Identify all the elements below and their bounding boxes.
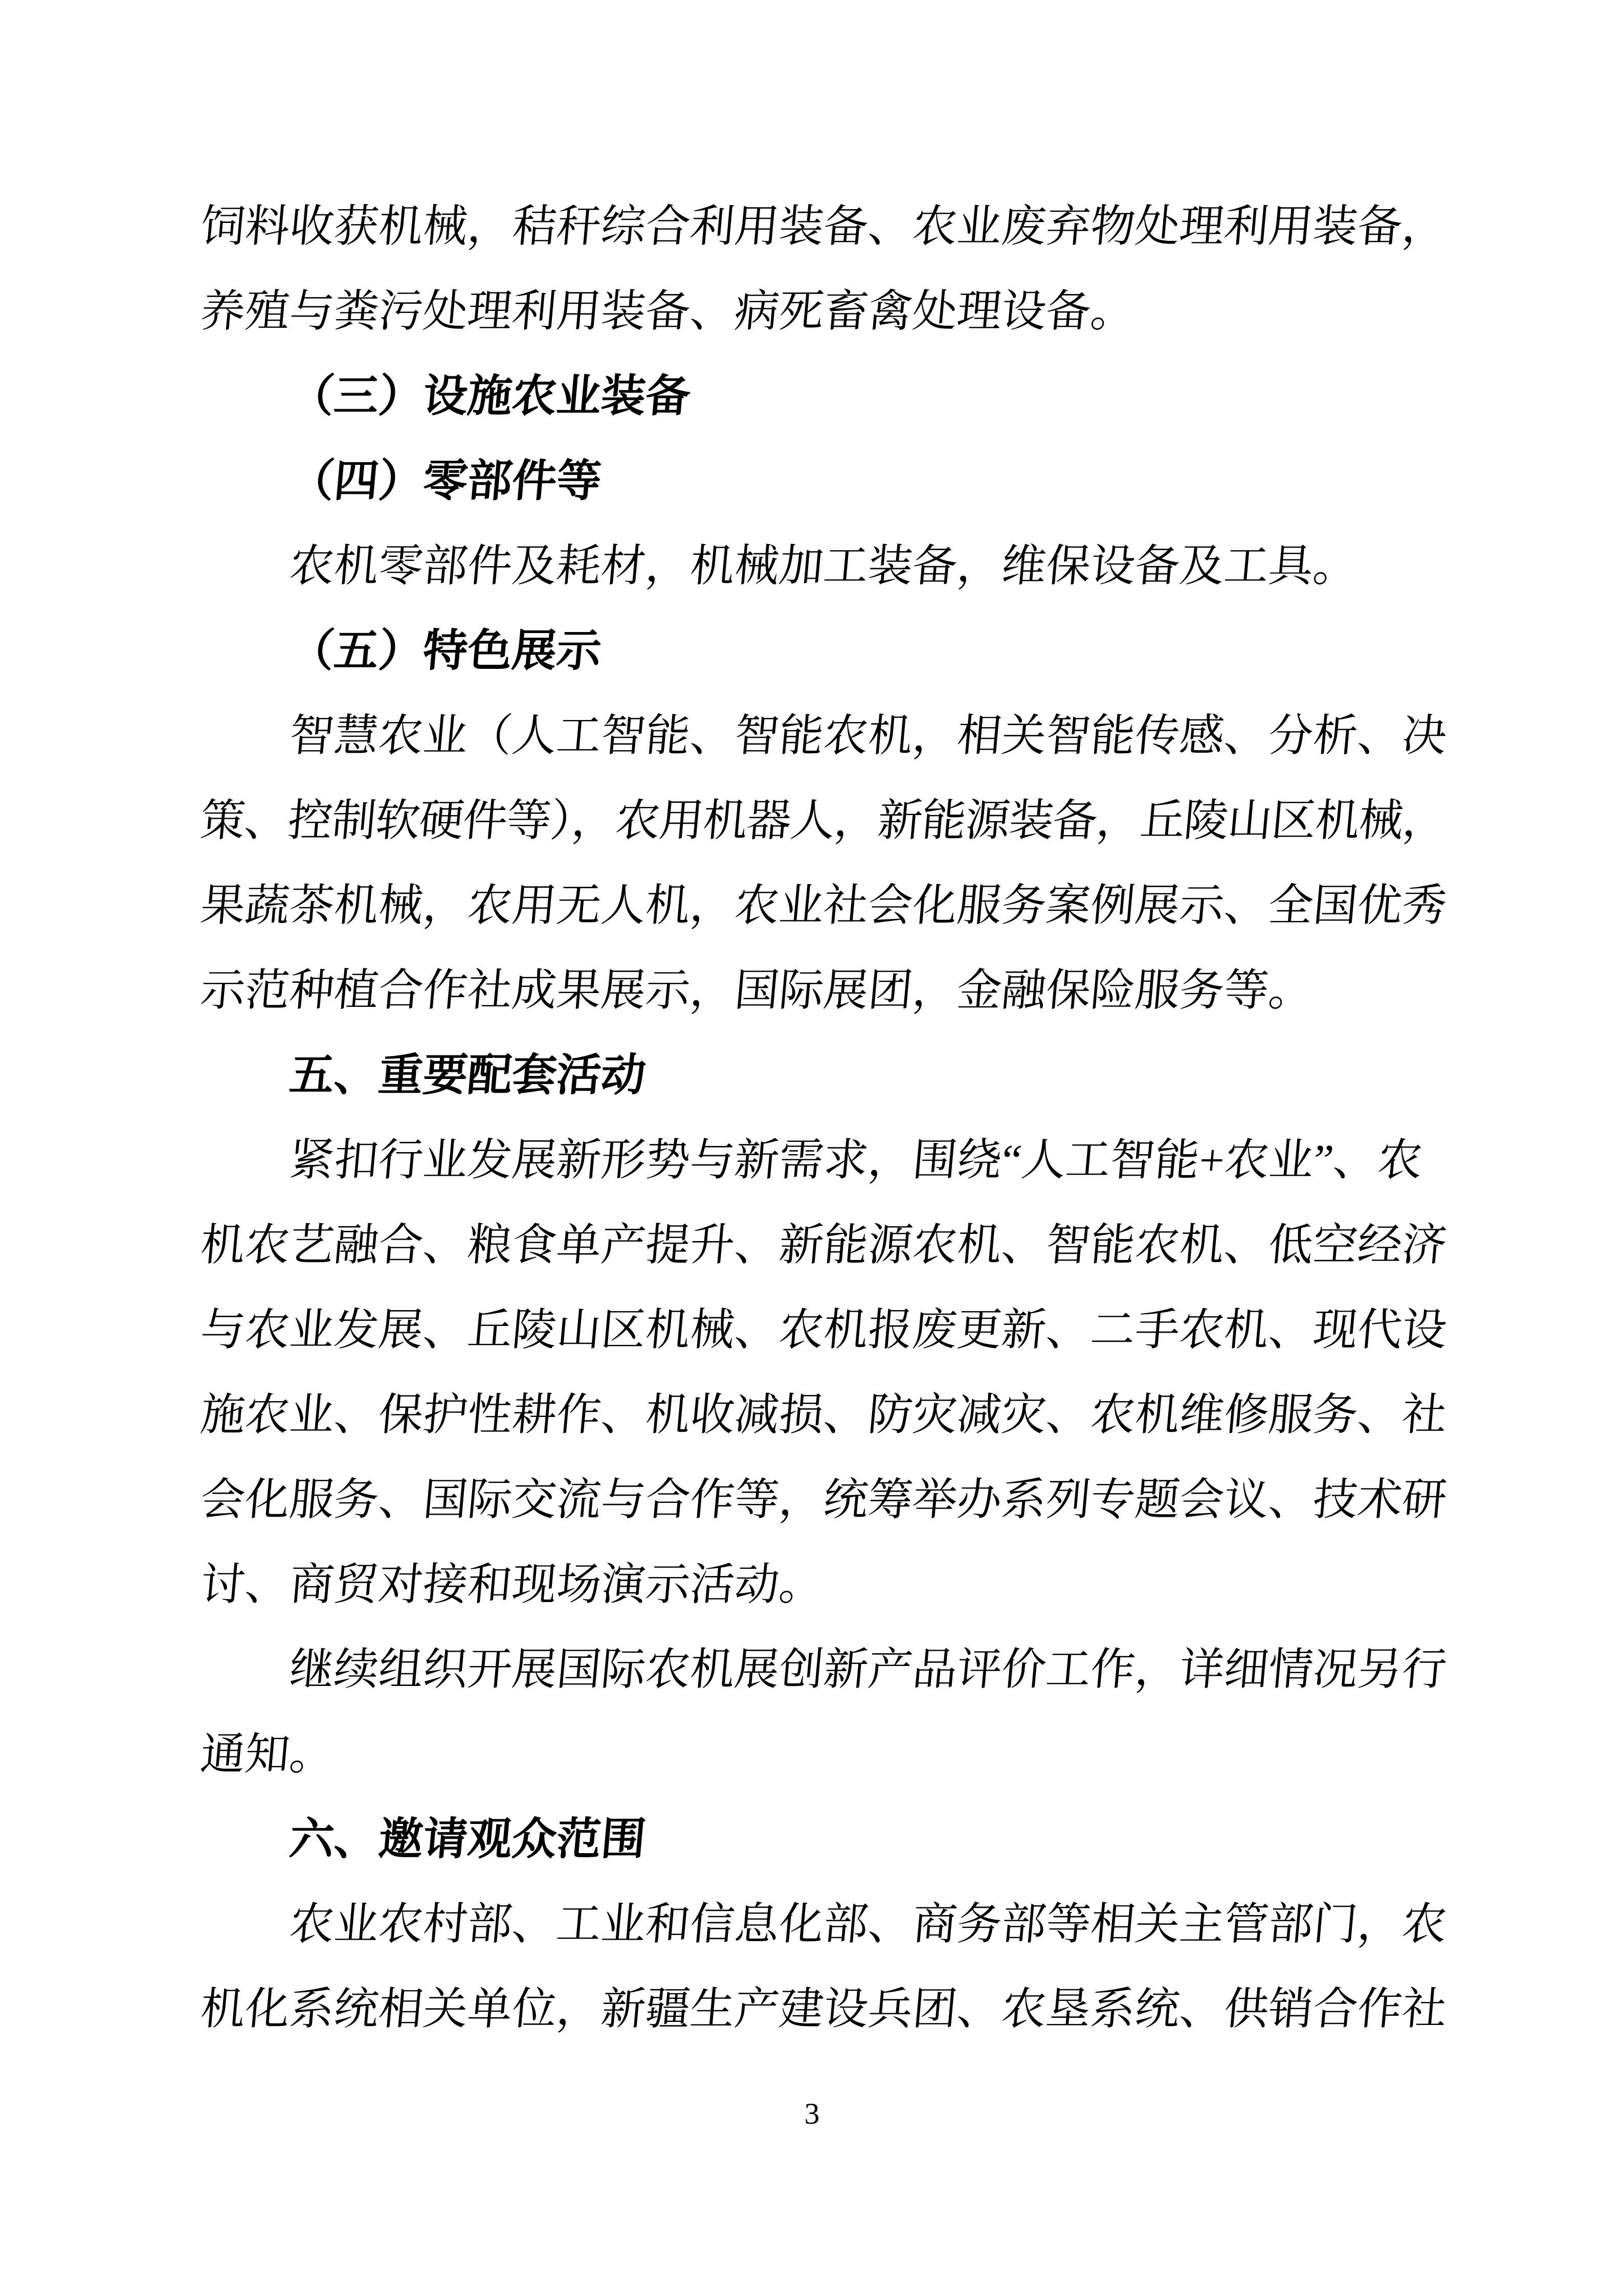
heading-line: 五、重要配套活动 — [197, 1033, 1451, 1118]
body-line: 饲料收获机械，秸秆综合利用装备、农业废弃物处理利用装备， — [197, 184, 1451, 269]
body-line: 继续组织开展国际农机展创新产品评价工作，详细情况另行 — [197, 1627, 1451, 1712]
body-line: 机化系统相关单位，新疆生产建设兵团、农垦系统、供销合作社 — [197, 1967, 1451, 2052]
body-line: 讨、商贸对接和现场演示活动。 — [197, 1542, 1451, 1627]
body-line: 施农业、保护性耕作、机收减损、防灾减灾、农机维修服务、社 — [197, 1372, 1451, 1457]
heading-line: （三）设施农业装备 — [197, 354, 1451, 439]
body-line: 示范种植合作社成果展示，国际展团，金融保险服务等。 — [197, 948, 1451, 1033]
heading-line: （五）特色展示 — [197, 609, 1451, 693]
body-line: 果蔬茶机械，农用无人机，农业社会化服务案例展示、全国优秀 — [197, 863, 1451, 948]
body-line: 机农艺融合、粮食单产提升、新能源农机、智能农机、低空经济 — [197, 1203, 1451, 1288]
heading-line: （四）零部件等 — [197, 439, 1451, 524]
page-number: 3 — [0, 2096, 1624, 2131]
body-line: 会化服务、国际交流与合作等，统筹举办系列专题会议、技术研 — [197, 1457, 1451, 1542]
body-line: 通知。 — [197, 1712, 1451, 1797]
body-line: 智慧农业（人工智能、智能农机，相关智能传感、分析、决 — [197, 693, 1451, 778]
text-block: 饲料收获机械，秸秆综合利用装备、农业废弃物处理利用装备，养殖与粪污处理利用装备、… — [197, 184, 1443, 2052]
body-line: 农机零部件及耗材，机械加工装备，维保设备及工具。 — [197, 524, 1451, 609]
body-line: 紧扣行业发展新形势与新需求，围绕“人工智能+农业”、农 — [197, 1118, 1451, 1203]
body-line: 农业农村部、工业和信息化部、商务部等相关主管部门，农 — [197, 1882, 1451, 1967]
heading-line: 六、邀请观众范围 — [197, 1797, 1451, 1882]
body-line: 策、控制软硬件等），农用机器人，新能源装备，丘陵山区机械， — [197, 778, 1451, 863]
body-line: 与农业发展、丘陵山区机械、农机报废更新、二手农机、现代设 — [197, 1288, 1451, 1372]
body-line: 养殖与粪污处理利用装备、病死畜禽处理设备。 — [197, 269, 1451, 354]
document-page: 饲料收获机械，秸秆综合利用装备、农业废弃物处理利用装备，养殖与粪污处理利用装备、… — [0, 0, 1624, 2296]
